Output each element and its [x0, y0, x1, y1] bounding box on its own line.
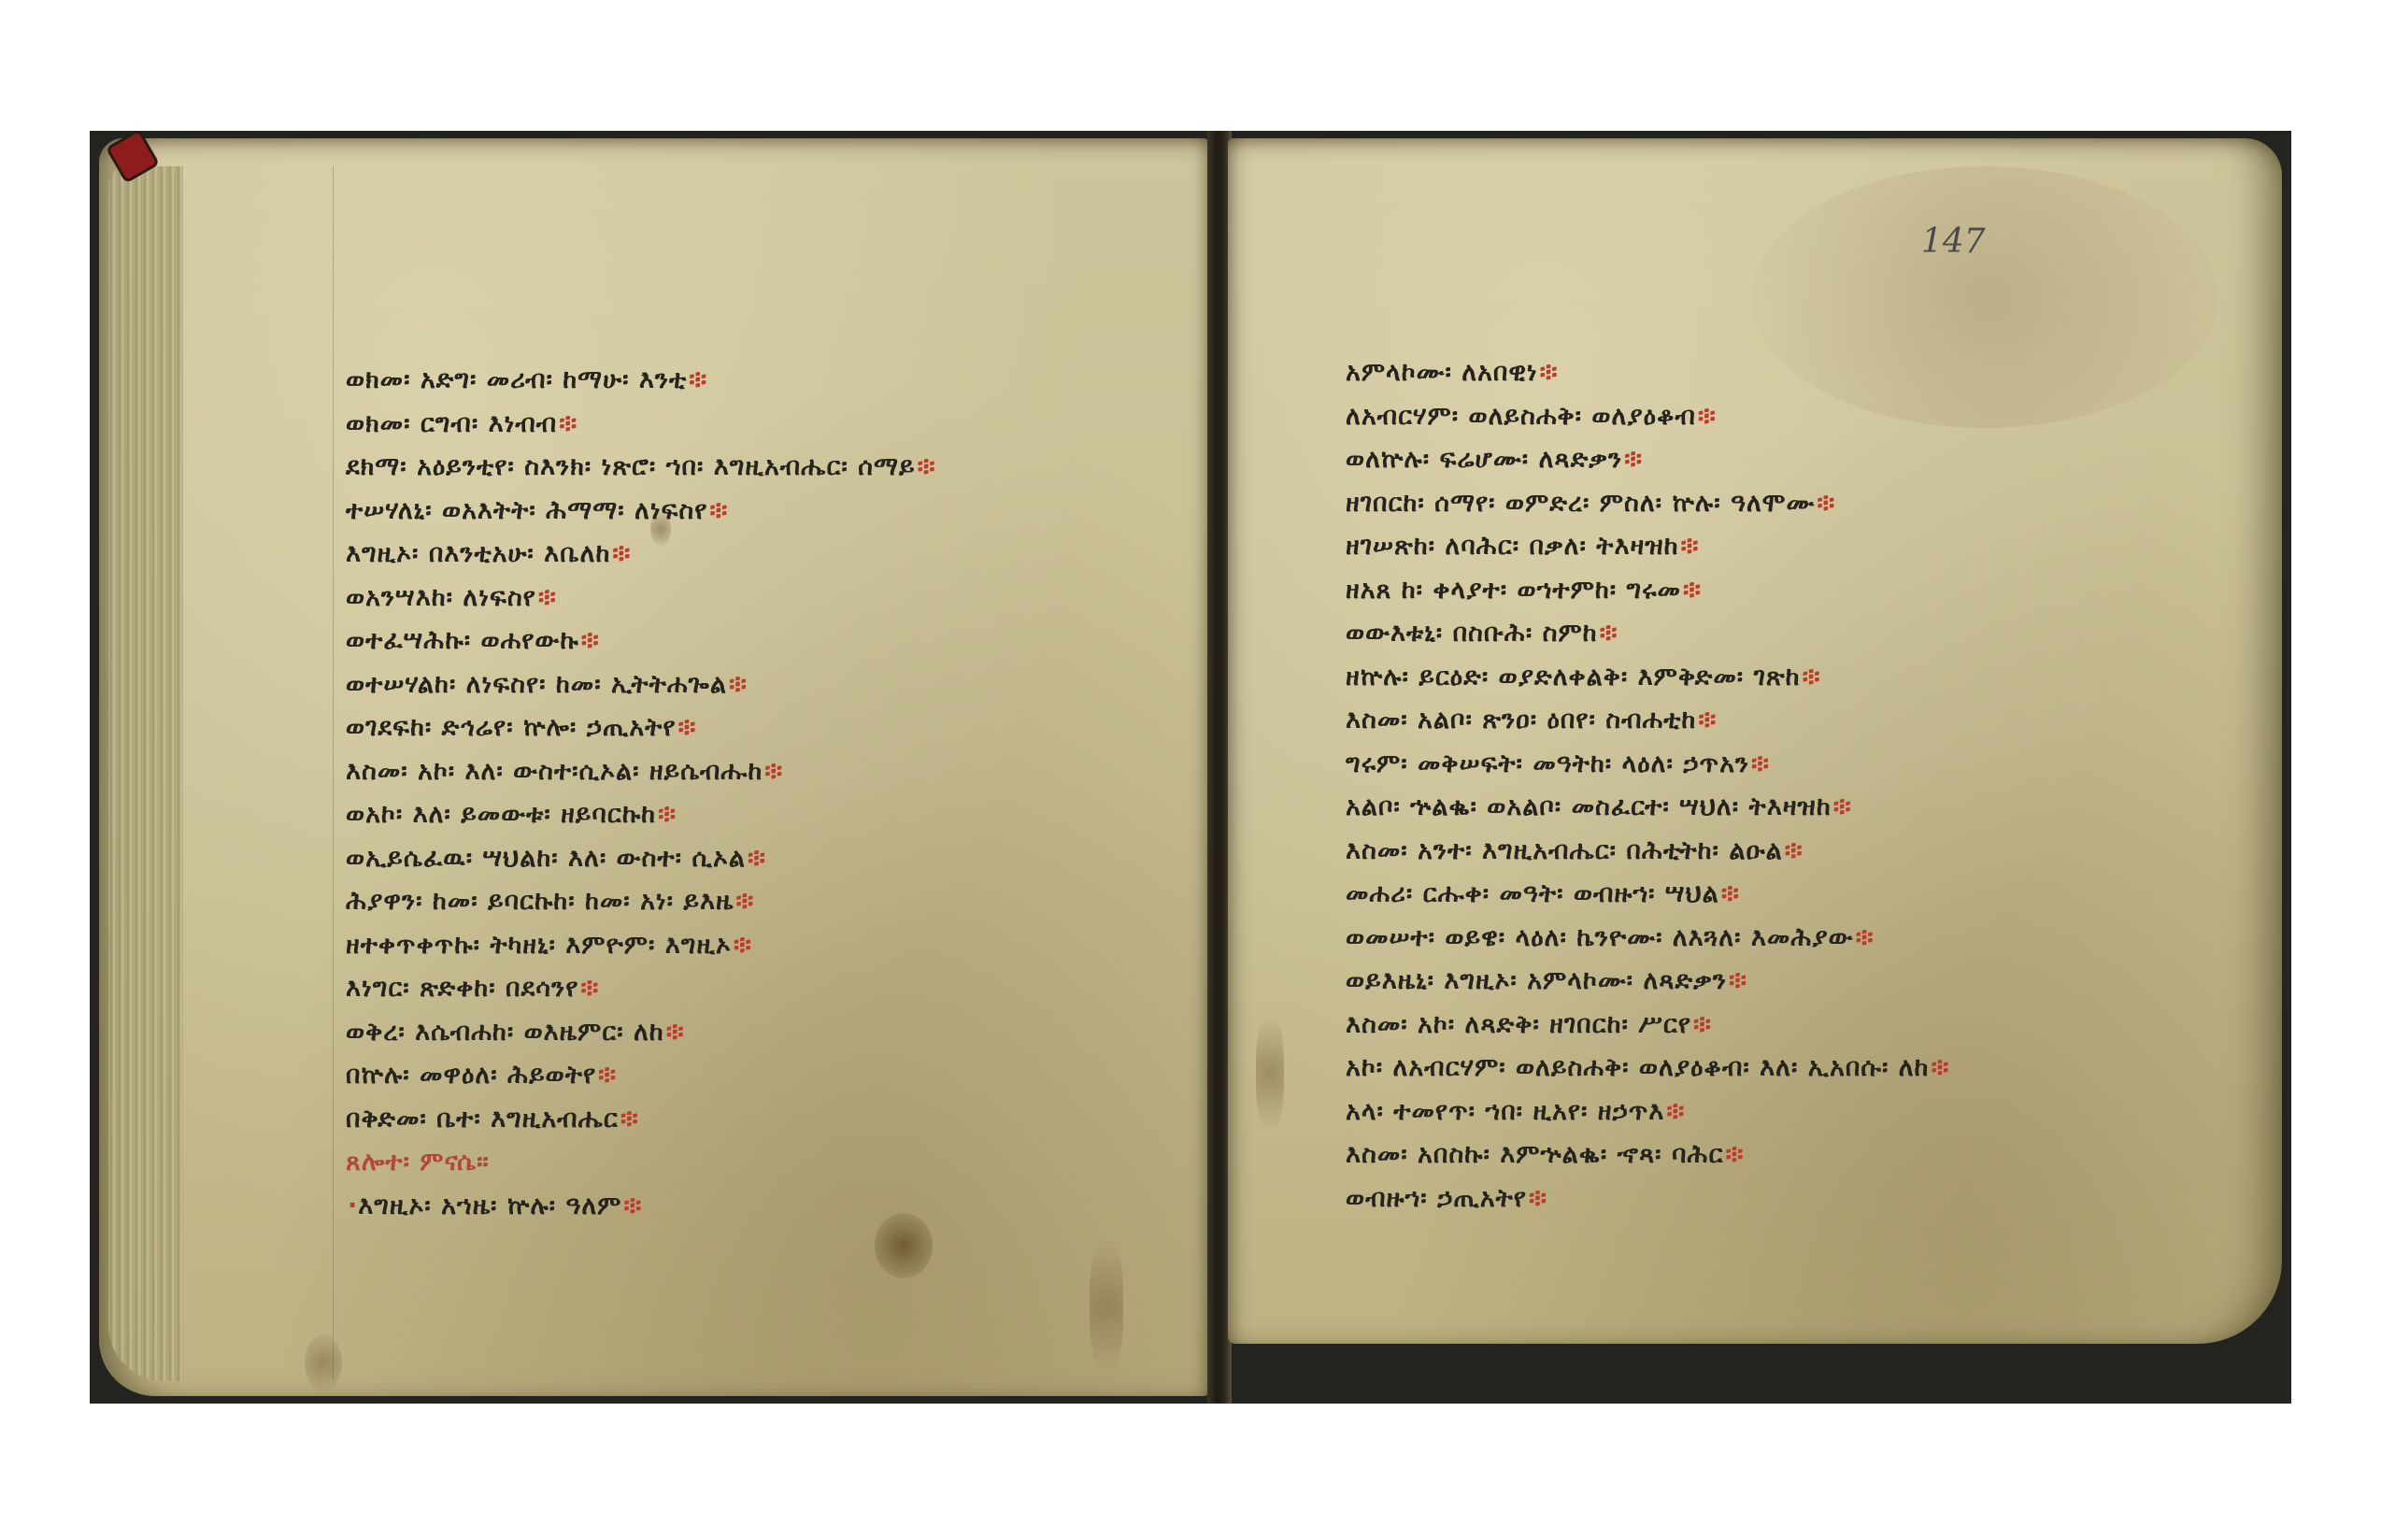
text-line: ወአንሣእከ፡ ለነፍስየ፨ [346, 577, 936, 620]
text-line: ወቅረ፡ እሴብሐከ፡ ወእዜምር፡ ለከ፨ [346, 1011, 936, 1055]
text-line: መሐሪ፡ ርሑቀ፡ መዓት፡ ወብዙኀ፡ ሣህል፨ [1346, 873, 1949, 917]
text-line: ወክመ፡ አድግ፡ መሪብ፡ ከማሁ፡ እንቲ፨ [346, 359, 936, 403]
text-line: ወተሠሃልከ፡ ለነፍስየ፡ ከመ፡ ኢትትሐጐል፨ [346, 663, 936, 707]
text-line: ዘኵሉ፡ ይርዕድ፡ ወያድለቀልቅ፡ እምቅድመ፡ ገጽከ፨ [1346, 656, 1949, 700]
rubric-mark: · [348, 1191, 358, 1220]
text-line: ወአኮ፡ እለ፡ ይመውቱ፡ ዘይባርኩከ፨ [346, 793, 936, 837]
text-line: ለአብርሃም፡ ወለይስሐቅ፡ ወለያዕቆብ፨ [1346, 395, 1949, 439]
text-line: እስመ፡ አኮ፡ እለ፡ ውስተ፡ሲኦል፡ ዘይሴብሑከ፨ [346, 750, 936, 794]
text-line: አምላኮሙ፡ ለአበዊነ፨ [1346, 351, 1949, 395]
folio-number: 147 [1921, 222, 1986, 261]
left-page: ወክመ፡ አድግ፡ መሪብ፡ ከማሁ፡ እንቲ፨ ወክመ፡ ርግብ፡ እነብብ፨… [99, 138, 1209, 1396]
text-line: አልቦ፡ ኍልቈ፡ ወአልቦ፡ መስፈርተ፡ ሣህለ፡ ትእዛዝከ፨ [1346, 786, 1949, 830]
text-line: እስመ፡ አበስኩ፡ እምኍልቈ፡ ኆጻ፡ ባሕር፨ [1346, 1134, 1949, 1177]
text-line: እስመ፡ አልቦ፡ ጽንዐ፡ ዕበየ፡ ስብሐቲከ፨ [1346, 699, 1949, 743]
text-line: ወኢይሴፈዉ፡ ሣህልከ፡ እለ፡ ውስተ፡ ሲኦል፨ [346, 837, 936, 881]
text-line: ወተፈሣሕኩ፡ ወሐየውኩ፨ [346, 620, 936, 663]
text-line: አኮ፡ ለአብርሃም፡ ወለይስሐቅ፡ ወለያዕቆብ፡ እለ፡ ኢአበሱ፡ ለከ… [1346, 1047, 1949, 1091]
text-line: ደክማ፡ አዕይንቲየ፡ ስእንክ፡ ነጽሮ፡ ኀበ፡ እግዚአብሔር፡ ሰማይ… [346, 446, 936, 490]
text-line: እስመ፡ አኮ፡ ለጻድቅ፡ ዘገበርከ፡ ሥርየ፨ [1346, 1004, 1949, 1048]
stain [1256, 1017, 1284, 1129]
text-line: እግዚኦ፡ በእንቲአሁ፡ እቤለከ፨ [346, 533, 936, 577]
text-line: ዘገበርከ፡ ሰማየ፡ ወምድረ፡ ምስለ፡ ኵሉ፡ ዓለሞሙ፨ [1346, 482, 1949, 526]
text-line: ወመሠተ፡ ወይዌ፡ ላዕለ፡ ኬንዮሙ፡ ለእጓለ፡ እመሕያው፨ [1346, 917, 1949, 961]
text-line: ወገደፍከ፡ ድኅሬየ፡ ኵሎ፡ ኃጢአትየ፨ [346, 706, 936, 750]
text-line: ተሠሃለኒ፡ ወአእትት፡ ሕማማ፡ ለነፍስየ፨ [346, 490, 936, 534]
text-line: ወብዙኀ፡ ኃጢአትየ፨ [1346, 1177, 1949, 1221]
text-line: ወይእዜኒ፡ እግዚኦ፡ አምላኮሙ፡ ለጻድቃን፨ [1346, 960, 1949, 1004]
text-line: ግሩም፡ መቅሠፍት፡ መዓትከ፡ ላዕለ፡ ኃጥአን፨ [1346, 743, 1949, 787]
text-line: ዘተቀጥቀጥኩ፡ ትካዘኒ፡ እምዮም፡ እግዚኦ፨ [346, 924, 936, 968]
stain [1090, 1241, 1123, 1372]
right-page: አምላኮሙ፡ ለአበዊነ፨ ለአብርሃም፡ ወለይስሐቅ፡ ወለያዕቆብ፨ ወለ… [1228, 138, 2282, 1344]
right-page-text: አምላኮሙ፡ ለአበዊነ፨ ለአብርሃም፡ ወለይስሐቅ፡ ወለያዕቆብ፨ ወለ… [1346, 351, 1949, 1220]
text-line: እስመ፡ አንተ፡ እግዚአብሔር፡ በሕቲትከ፡ ልዑል፨ [1346, 830, 1949, 874]
stain [305, 1334, 342, 1390]
text-line: ወለኵሉ፡ ፍሬሆሙ፡ ለጻድቃን፨ [1346, 438, 1949, 482]
text-line: በኵሉ፡ መዋዕለ፡ ሕይወትየ፨ [346, 1054, 936, 1098]
text-line: ወውእቱኒ፡ በስቡሕ፡ ስምከ፨ [1346, 612, 1949, 656]
ruling-line [333, 166, 334, 1381]
text-line: በቅድመ፡ ቤተ፡ እግዚአብሔር፨ [346, 1098, 936, 1142]
text-line: ወክመ፡ ርግብ፡ እነብብ፨ [346, 403, 936, 447]
text-line: እነግር፡ ጽድቀከ፡ በደሳንየ፨ [346, 967, 936, 1011]
left-page-text: ወክመ፡ አድግ፡ መሪብ፡ ከማሁ፡ እንቲ፨ ወክመ፡ ርግብ፡ እነብብ፨… [346, 359, 936, 1228]
rubric-heading: ጸሎተ፡ ምናሴ። [346, 1141, 936, 1185]
text-line: ዘአጸ ከ፡ ቀላያተ፡ ወኀተምከ፡ ግሩመ፨ [1346, 569, 1949, 613]
text-line: ሕያዋን፡ ከመ፡ ይባርኩከ፡ ከመ፡ አነ፡ ይእዜ፨ [346, 880, 936, 924]
left-fore-edge [108, 166, 183, 1381]
text-line: አላ፡ ተመየጥ፡ ኀበ፡ ዚአየ፡ ዘኃጥእ፨ [1346, 1091, 1949, 1134]
manuscript-photo: ወክመ፡ አድግ፡ መሪብ፡ ከማሁ፡ እንቲ፨ ወክመ፡ ርግብ፡ እነብብ፨… [90, 131, 2291, 1404]
text-line: ዘገሠጽከ፡ ለባሕር፡ በቃለ፡ ትእዛዝከ፨ [1346, 525, 1949, 569]
text-line: ·እግዚኦ፡ አኀዜ፡ ኵሉ፡ ዓለም፨ [346, 1185, 936, 1229]
